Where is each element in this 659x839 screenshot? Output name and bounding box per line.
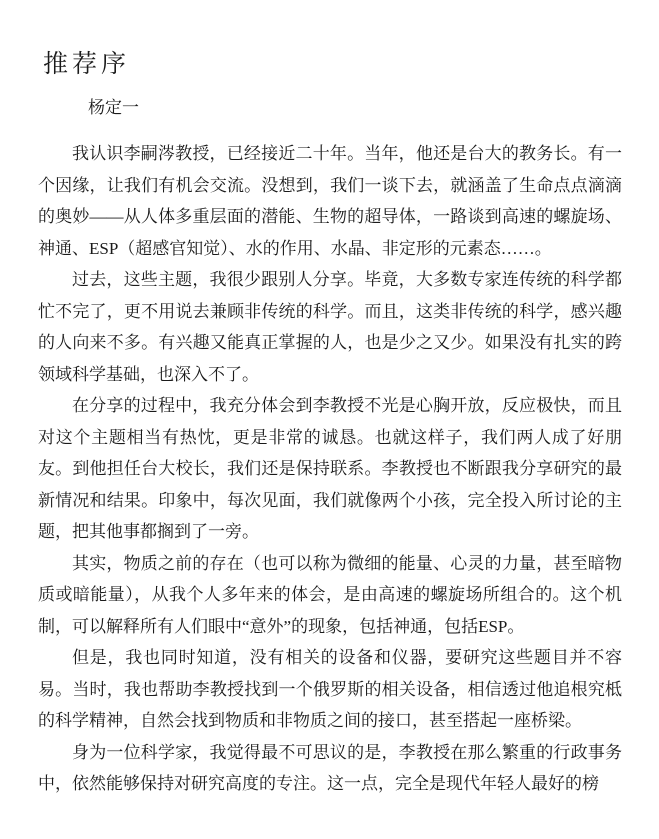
paragraph: 过去，这些主题，我很少跟别人分享。毕竟，大多数专家连传统的科学都忙不完了，更不用… <box>38 264 622 390</box>
paragraph: 身为一位科学家，我觉得最不可思议的是，李教授在那么繁重的行政事务中，依然能够保持… <box>38 737 622 800</box>
document-title: 推荐序 <box>43 50 622 80</box>
paragraph: 但是，我也同时知道，没有相关的设备和仪器，要研究这些题目并不容易。当时，我也帮助… <box>38 642 622 737</box>
document-body: 我认识李嗣涔教授，已经接近二十年。当年，他还是台大的教务长。有一个因缘，让我们有… <box>38 138 622 800</box>
paragraph: 其实，物质之前的存在（也可以称为微细的能量、心灵的力量，甚至暗物质或暗能量），从… <box>38 548 622 643</box>
paragraph: 在分享的过程中，我充分体会到李教授不光是心胸开放，反应极快，而且对这个主题相当有… <box>38 390 622 548</box>
paragraph: 我认识李嗣涔教授，已经接近二十年。当年，他还是台大的教务长。有一个因缘，让我们有… <box>38 138 622 264</box>
document-page: 推荐序 杨定一 我认识李嗣涔教授，已经接近二十年。当年，他还是台大的教务长。有一… <box>0 0 659 839</box>
author-name: 杨定一 <box>88 98 622 118</box>
